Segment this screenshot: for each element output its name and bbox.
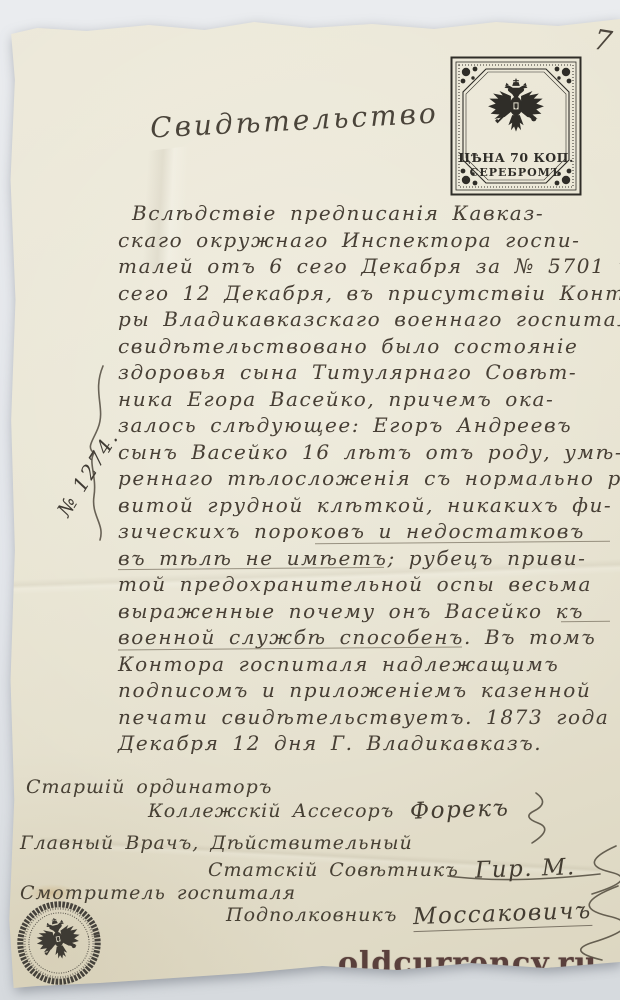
signature-label: Главный Врачъ, Дѣйствительный bbox=[20, 832, 413, 854]
manuscript-line: въ тѣлѣ не имѣетъ; рубецъ приви- bbox=[118, 545, 610, 572]
manuscript-line: военной службѣ способенъ. Въ томъ bbox=[118, 624, 610, 651]
manuscript-line: здоровья сына Титулярнаго Совѣт- bbox=[118, 359, 610, 386]
manuscript-line: скаго окружнаго Инспектора госпи- bbox=[118, 227, 610, 254]
photo-background: 7 bbox=[0, 0, 620, 1000]
handwritten-signature: Форекъ bbox=[410, 795, 510, 824]
manuscript-line: той предохранительной оспы весьма bbox=[118, 571, 610, 598]
signature-row: Старшій ординаторъ bbox=[26, 776, 272, 798]
handwritten-signature: Моссаковичъ bbox=[413, 898, 593, 932]
manuscript-line: выраженные почему онъ Васейко къ bbox=[118, 598, 610, 625]
manuscript-line: подписомъ и приложеніемъ казенной bbox=[118, 677, 610, 704]
manuscript-line: реннаго тѣлосложенія съ нормально раз- bbox=[118, 465, 610, 492]
signature-flourish bbox=[592, 846, 620, 894]
handwritten-signature: Гир. М. bbox=[474, 854, 576, 884]
stamp-currency-text: СЕРЕБРОМЪ bbox=[470, 166, 563, 179]
hospital-seal bbox=[8, 892, 110, 994]
stamp-price-text: ЦѢНА 70 КОП. bbox=[458, 150, 574, 165]
signature-row: Главный Врачъ, Дѣйствительный bbox=[20, 832, 413, 854]
manuscript-line: витой грудной клѣткой, никакихъ фи- bbox=[118, 492, 610, 519]
manuscript-line: сынъ Васейко 16 лѣтъ отъ роду, умѣ- bbox=[118, 439, 610, 466]
manuscript-line: ры Владикавказскаго военнаго госпиталя bbox=[118, 306, 610, 333]
margin-number: № 1274. bbox=[52, 426, 124, 521]
signature-label: Коллежскій Ассесоръ bbox=[148, 800, 394, 822]
manuscript-line: свидѣтельствовано было состояніе bbox=[118, 333, 610, 360]
seal-eagle-icon bbox=[32, 914, 83, 964]
signature-label: Статскій Совѣтникъ bbox=[208, 859, 459, 881]
signature-label: Подполковникъ bbox=[226, 904, 397, 926]
site-watermark: oldcurrency.ru bbox=[338, 946, 597, 981]
signature-row: ПодполковникъМоссаковичъ bbox=[226, 901, 592, 929]
manuscript-line: ника Егора Васейко, причемъ ока- bbox=[118, 386, 610, 413]
document-paper: 7 bbox=[0, 0, 620, 1000]
signature-flourish bbox=[529, 793, 545, 843]
document-title: Свидѣтельство bbox=[149, 96, 439, 144]
manuscript-line: Декабря 12 дня Г. Владикавказъ. bbox=[118, 730, 610, 757]
signature-row: Коллежскій АссесоръФорекъ bbox=[148, 797, 510, 823]
double-headed-eagle-icon bbox=[488, 79, 544, 132]
manuscript-line: зическихъ пороковъ и недостатковъ bbox=[118, 518, 610, 545]
manuscript-line: залось слѣдующее: Егоръ Андреевъ bbox=[118, 412, 610, 439]
manuscript-line: Вслѣдствіе предписанія Кавказ- bbox=[118, 200, 610, 227]
manuscript-line: сего 12 Декабря, въ присутствіи Конто- bbox=[118, 280, 610, 307]
signature-row: Статскій СовѣтникъГир. М. bbox=[208, 856, 576, 882]
manuscript-body: Вслѣдствіе предписанія Кавказ-скаго окру… bbox=[118, 200, 610, 757]
manuscript-line: Контора госпиталя надлежащимъ bbox=[118, 651, 610, 678]
manuscript-line: талей отъ 6 сего Декабря за № 5701 и bbox=[118, 253, 610, 280]
signature-label: Старшій ординаторъ bbox=[26, 776, 272, 798]
manuscript-line: печати свидѣтельствуетъ. 1873 года bbox=[118, 704, 610, 731]
page-number: 7 bbox=[592, 23, 615, 58]
revenue-stamp: ЦѢНА 70 КОП. СЕРЕБРОМЪ bbox=[450, 56, 582, 196]
pencil-underline bbox=[561, 621, 610, 622]
